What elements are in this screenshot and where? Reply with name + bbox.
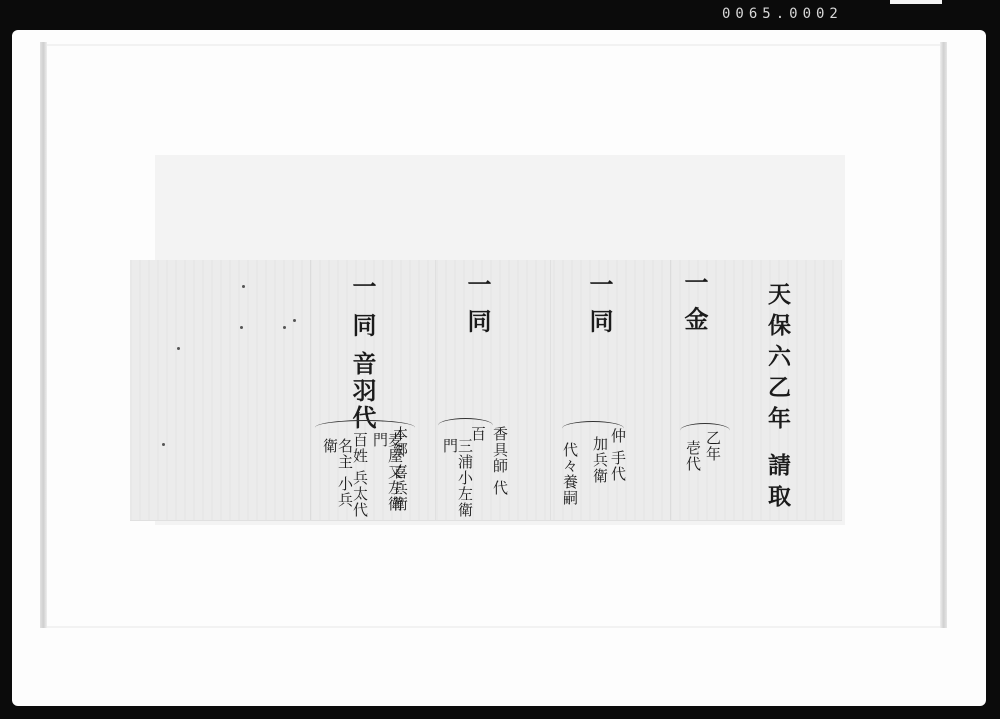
entry-4-heading: 一 同 音羽代	[350, 274, 374, 432]
entry-3-heading: 一 同	[465, 272, 489, 334]
mount-inner-edge-bottom	[47, 626, 940, 628]
paper-fold-line	[670, 260, 671, 520]
entry-2-attestation-line: 仲 手代	[610, 428, 625, 482]
paper-fold-line	[550, 260, 551, 520]
paper-speck	[293, 319, 296, 322]
paper-speck	[283, 326, 286, 329]
paper-speck	[242, 285, 245, 288]
entry-4-attestation-line: 麦屋又左衛門	[372, 432, 402, 520]
entry-2-attestation-line: 加兵衛	[592, 436, 607, 484]
mount-inner-edge-top	[47, 44, 940, 46]
paper-speck	[240, 326, 243, 329]
document-paper: 天保六乙年 請取 一 金 乙年 壱代 一 同 仲 手代 加兵衛 代々養嗣 一 同…	[130, 260, 842, 520]
entry-4-attestation-line: 名主 小兵衛	[322, 438, 352, 520]
paper-fold-line	[435, 260, 436, 520]
film-edge-marker	[890, 0, 942, 4]
entry-1-attestation-line: 壱代	[685, 440, 700, 472]
entry-3-attestation-line: 香具師 代	[492, 426, 507, 496]
paper-speck	[177, 347, 180, 350]
entry-1-heading: 一 金	[682, 270, 706, 332]
entry-2-heading: 一 同	[587, 272, 611, 334]
film-frame-number: 0065.0002	[722, 6, 843, 22]
entry-3-attestation-line: 三浦小左衛門	[442, 438, 472, 520]
mount-inner-edge-right	[940, 42, 947, 628]
entry-1-attestation-line: 乙年	[705, 430, 720, 462]
date-heading: 天保六乙年 請取	[766, 282, 789, 515]
paper-fold-line	[310, 260, 311, 520]
entry-4-attestation-line: 百姓 兵太代	[352, 432, 367, 518]
mount-inner-edge-left	[40, 42, 47, 628]
entry-2-attestation-line: 代々養嗣	[562, 442, 577, 506]
paper-speck	[162, 443, 165, 446]
